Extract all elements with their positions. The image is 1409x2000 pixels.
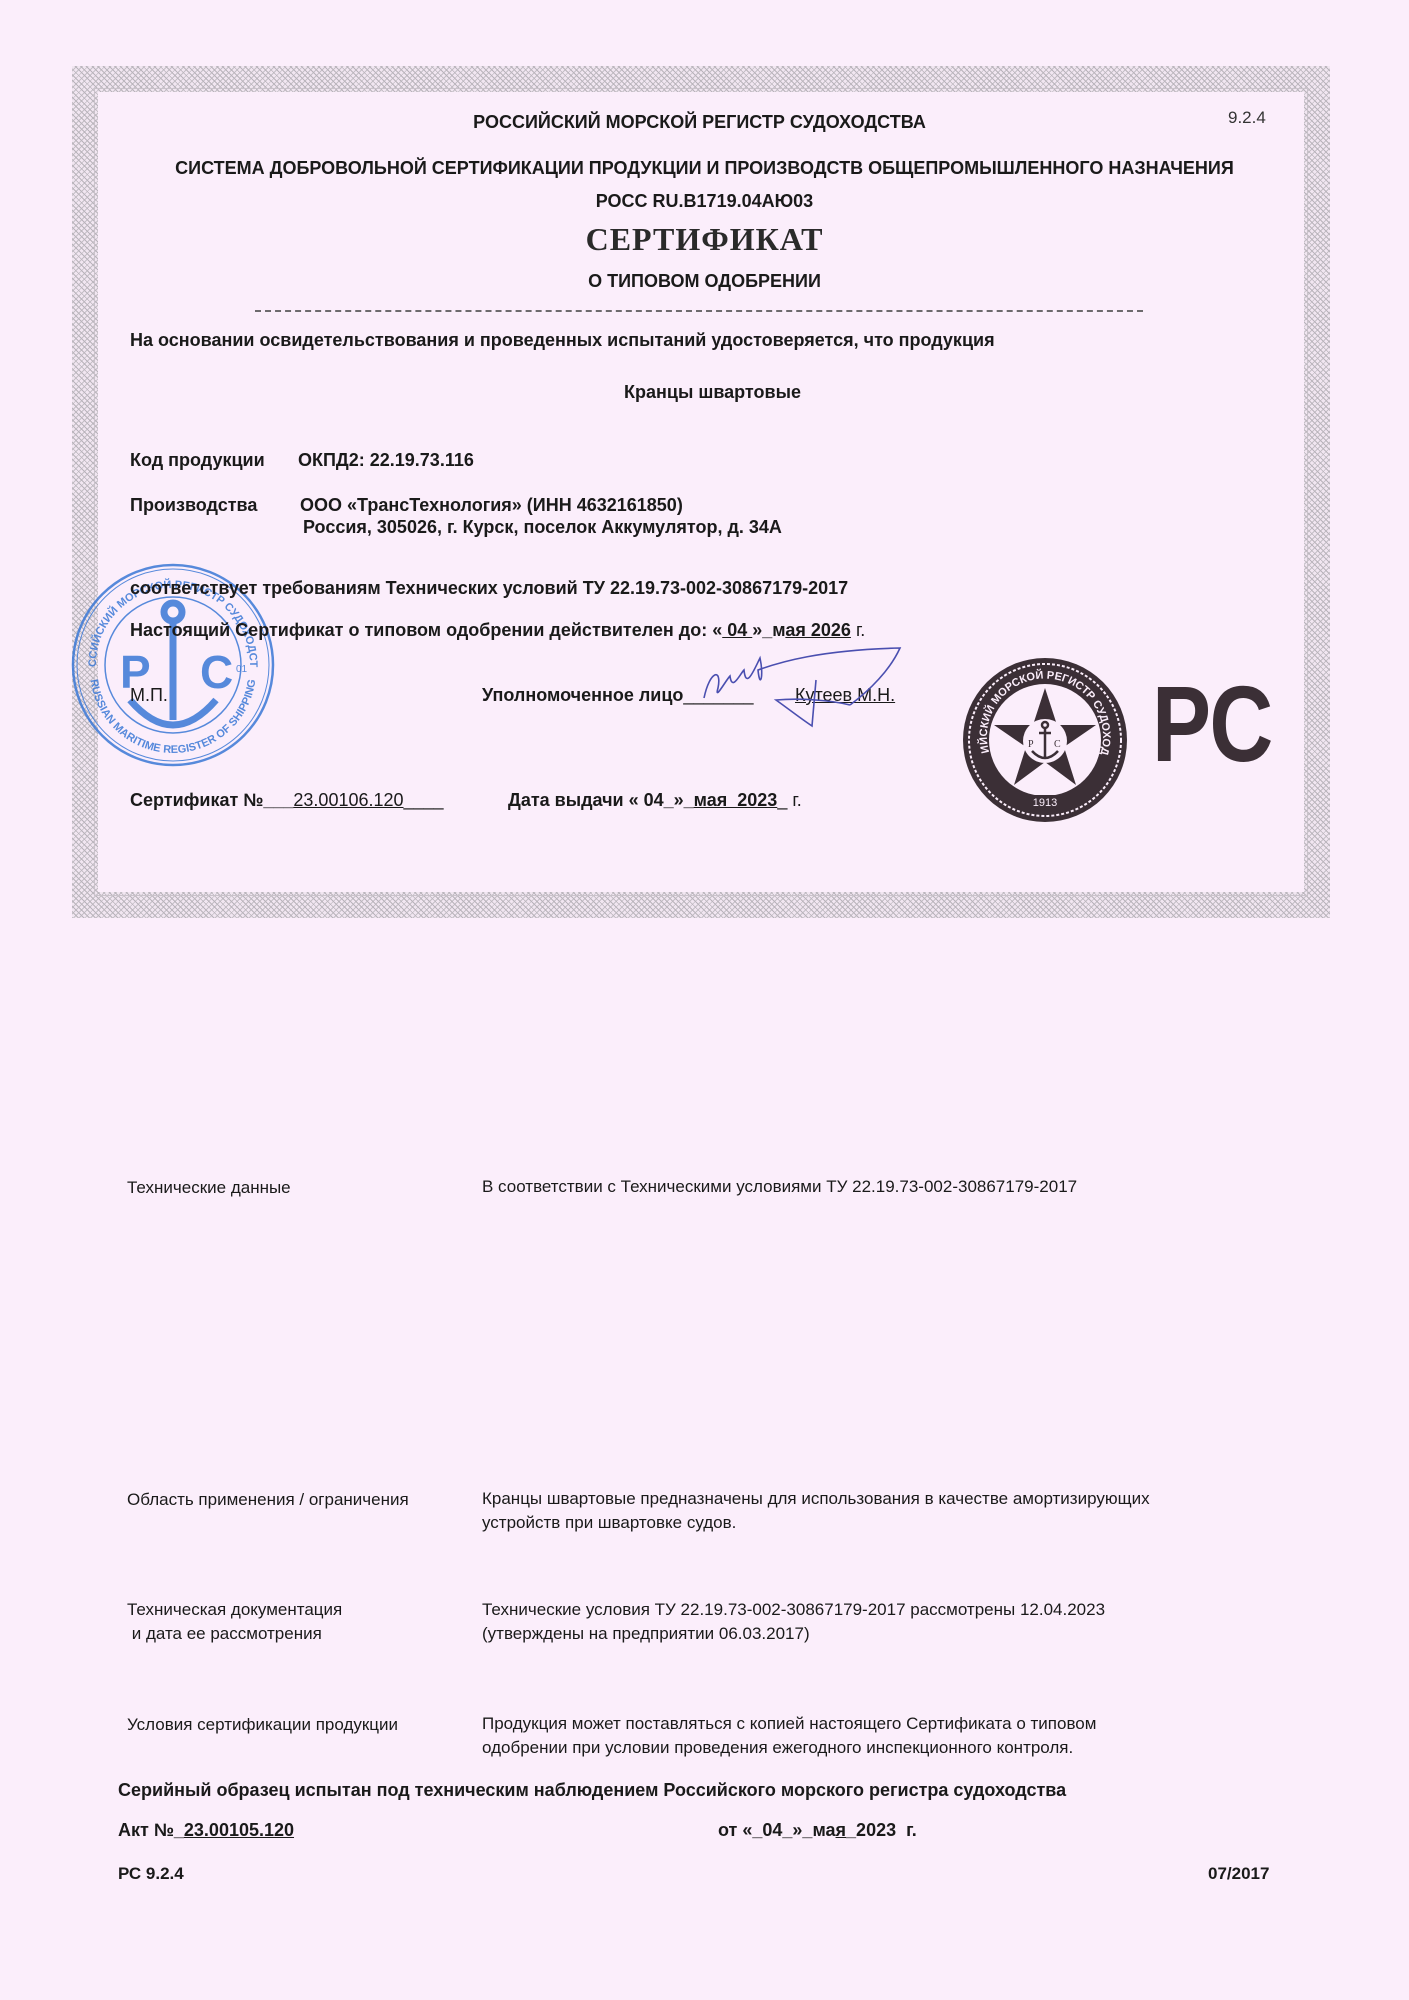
system-name: СИСТЕМА ДОБРОВОЛЬНОЙ СЕРТИФИКАЦИИ ПРОДУК… xyxy=(0,158,1409,179)
cert-conditions-value: Продукция может поставляться с копией на… xyxy=(482,1712,1272,1760)
tech-data-value: В соответствии с Техническими условиями … xyxy=(482,1175,1272,1199)
svg-text:01: 01 xyxy=(236,664,248,675)
product-name: Кранцы швартовые xyxy=(8,382,1409,403)
form-footer-version: 07/2017 xyxy=(1208,1864,1269,1884)
system-reg-number: РОСС RU.B1719.04АЮ03 xyxy=(0,191,1409,212)
registry-name: РОССИЙСКИЙ МОРСКОЙ РЕГИСТР СУДОХОДСТВА xyxy=(0,112,1404,133)
tech-data-label: Технические данные xyxy=(127,1178,291,1198)
signature xyxy=(700,640,910,730)
manufacturer-address: Россия, 305026, г. Курск, поселок Аккуму… xyxy=(303,517,782,538)
svg-text:1913: 1913 xyxy=(1033,797,1057,809)
act-date: от «_04_»_мая_2023 г. xyxy=(718,1820,917,1841)
document-subtitle: О ТИПОВОМ ОДОБРЕНИИ xyxy=(0,271,1409,292)
product-code-label: Код продукции xyxy=(130,450,265,471)
supervision-statement: Серийный образец испытан под техническим… xyxy=(118,1780,1066,1801)
scope-value: Кранцы швартовые предназначены для испол… xyxy=(482,1487,1272,1535)
intro-text: На основании освидетельствования и прове… xyxy=(130,330,995,351)
svg-text:С: С xyxy=(200,646,233,698)
document-title: СЕРТИФИКАТ xyxy=(0,221,1409,258)
svg-text:Р: Р xyxy=(1028,739,1034,750)
manufacturer-name: ООО «ТрансТехнология» (ИНН 4632161850) xyxy=(300,495,683,516)
act-number: 23.00105.120 xyxy=(184,1820,294,1840)
product-code: ОКПД2: 22.19.73.116 xyxy=(298,450,474,471)
issue-date-line: Дата выдачи « 04_»_мая 2023_ г. xyxy=(508,790,802,811)
validity-line: Настоящий Сертификат о типовом одобрении… xyxy=(130,620,865,641)
certificate-number-line: Сертификат №___23.00106.120____ xyxy=(130,790,444,811)
form-code: 9.2.4 xyxy=(1228,108,1266,128)
scope-label: Область применения / ограничения xyxy=(127,1490,409,1510)
rms-emblem-logo: РОССИЙСКИЙ МОРСКОЙ РЕГИСТР СУДОХОДСТВА Р… xyxy=(960,655,1130,825)
act-number-line: Акт №_23.00105.120 xyxy=(118,1820,294,1841)
issue-date: мая 2023 xyxy=(694,790,778,810)
certificate-number: 23.00106.120 xyxy=(293,790,403,810)
validity-day: 04 xyxy=(722,620,752,640)
svg-text:С: С xyxy=(1054,739,1061,750)
tech-doc-label: Техническая документация и дата ее рассм… xyxy=(127,1598,342,1646)
seal-placeholder: М.П. xyxy=(130,685,168,706)
separator-line xyxy=(255,310,1143,312)
cert-conditions-label: Условия сертификации продукции xyxy=(127,1715,398,1735)
form-footer-code: РС 9.2.4 xyxy=(118,1864,184,1884)
tech-doc-value: Технические условия ТУ 22.19.73-002-3086… xyxy=(482,1598,1272,1646)
compliance-statement: соответствует требованиям Технических ус… xyxy=(130,578,848,599)
manufacturer-label: Производства xyxy=(130,495,257,516)
validity-month-year: ая 2026 xyxy=(785,620,851,640)
rs-wordmark: PC xyxy=(1152,670,1272,778)
